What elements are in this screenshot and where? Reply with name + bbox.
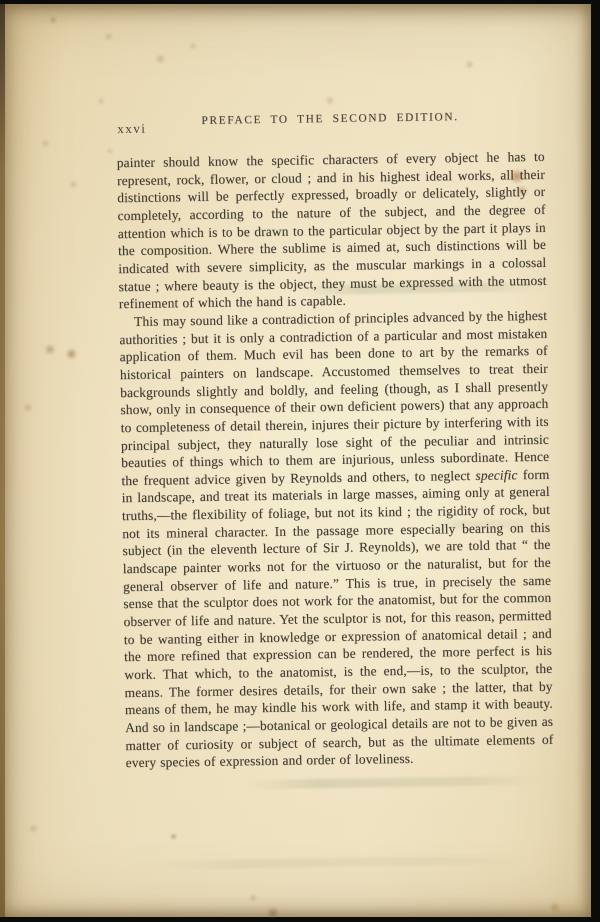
- foxing-stain: [49, 16, 57, 24]
- running-head: PREFACE TO THE SECOND EDITION.: [116, 107, 544, 128]
- page-content: xxvi PREFACE TO THE SECOND EDITION. pain…: [116, 107, 554, 772]
- foxing-stain: [266, 907, 280, 919]
- foxing-stain: [189, 42, 197, 50]
- scanned-page-background: xxvi PREFACE TO THE SECOND EDITION. pain…: [0, 0, 600, 922]
- foxing-stain: [44, 344, 56, 355]
- page-body: painter should know the specific charact…: [117, 148, 554, 772]
- foxing-stain: [155, 54, 166, 64]
- foxing-stain: [29, 824, 38, 833]
- opening-paragraph: painter should know the specific charact…: [117, 148, 547, 313]
- foxing-stain: [23, 403, 33, 412]
- show-through-smudge: [150, 855, 530, 870]
- foxing-stain: [465, 60, 474, 69]
- foxing-stain: [106, 147, 114, 155]
- book-page: xxvi PREFACE TO THE SECOND EDITION. pain…: [0, 4, 591, 917]
- foxing-stain: [104, 32, 113, 41]
- page-header: xxvi PREFACE TO THE SECOND EDITION.: [116, 107, 544, 137]
- folio-number: xxvi: [117, 121, 146, 137]
- italic-term: specific: [475, 467, 517, 483]
- show-through-smudge: [245, 776, 540, 790]
- foxing-stain: [549, 902, 561, 913]
- paragraph-text: This may sound like a contradiction of p…: [119, 308, 549, 488]
- foxing-stain: [97, 97, 105, 105]
- foxing-stain: [325, 96, 335, 105]
- foxing-stain: [249, 894, 257, 902]
- foxing-stain: [170, 833, 177, 840]
- foxing-stain: [41, 139, 50, 148]
- paragraph-text: form in landscape, and treat its materia…: [122, 467, 554, 771]
- foxing-stain: [65, 348, 78, 360]
- foxing-stain: [69, 180, 78, 189]
- second-paragraph: This may sound like a contradiction of p…: [119, 307, 554, 772]
